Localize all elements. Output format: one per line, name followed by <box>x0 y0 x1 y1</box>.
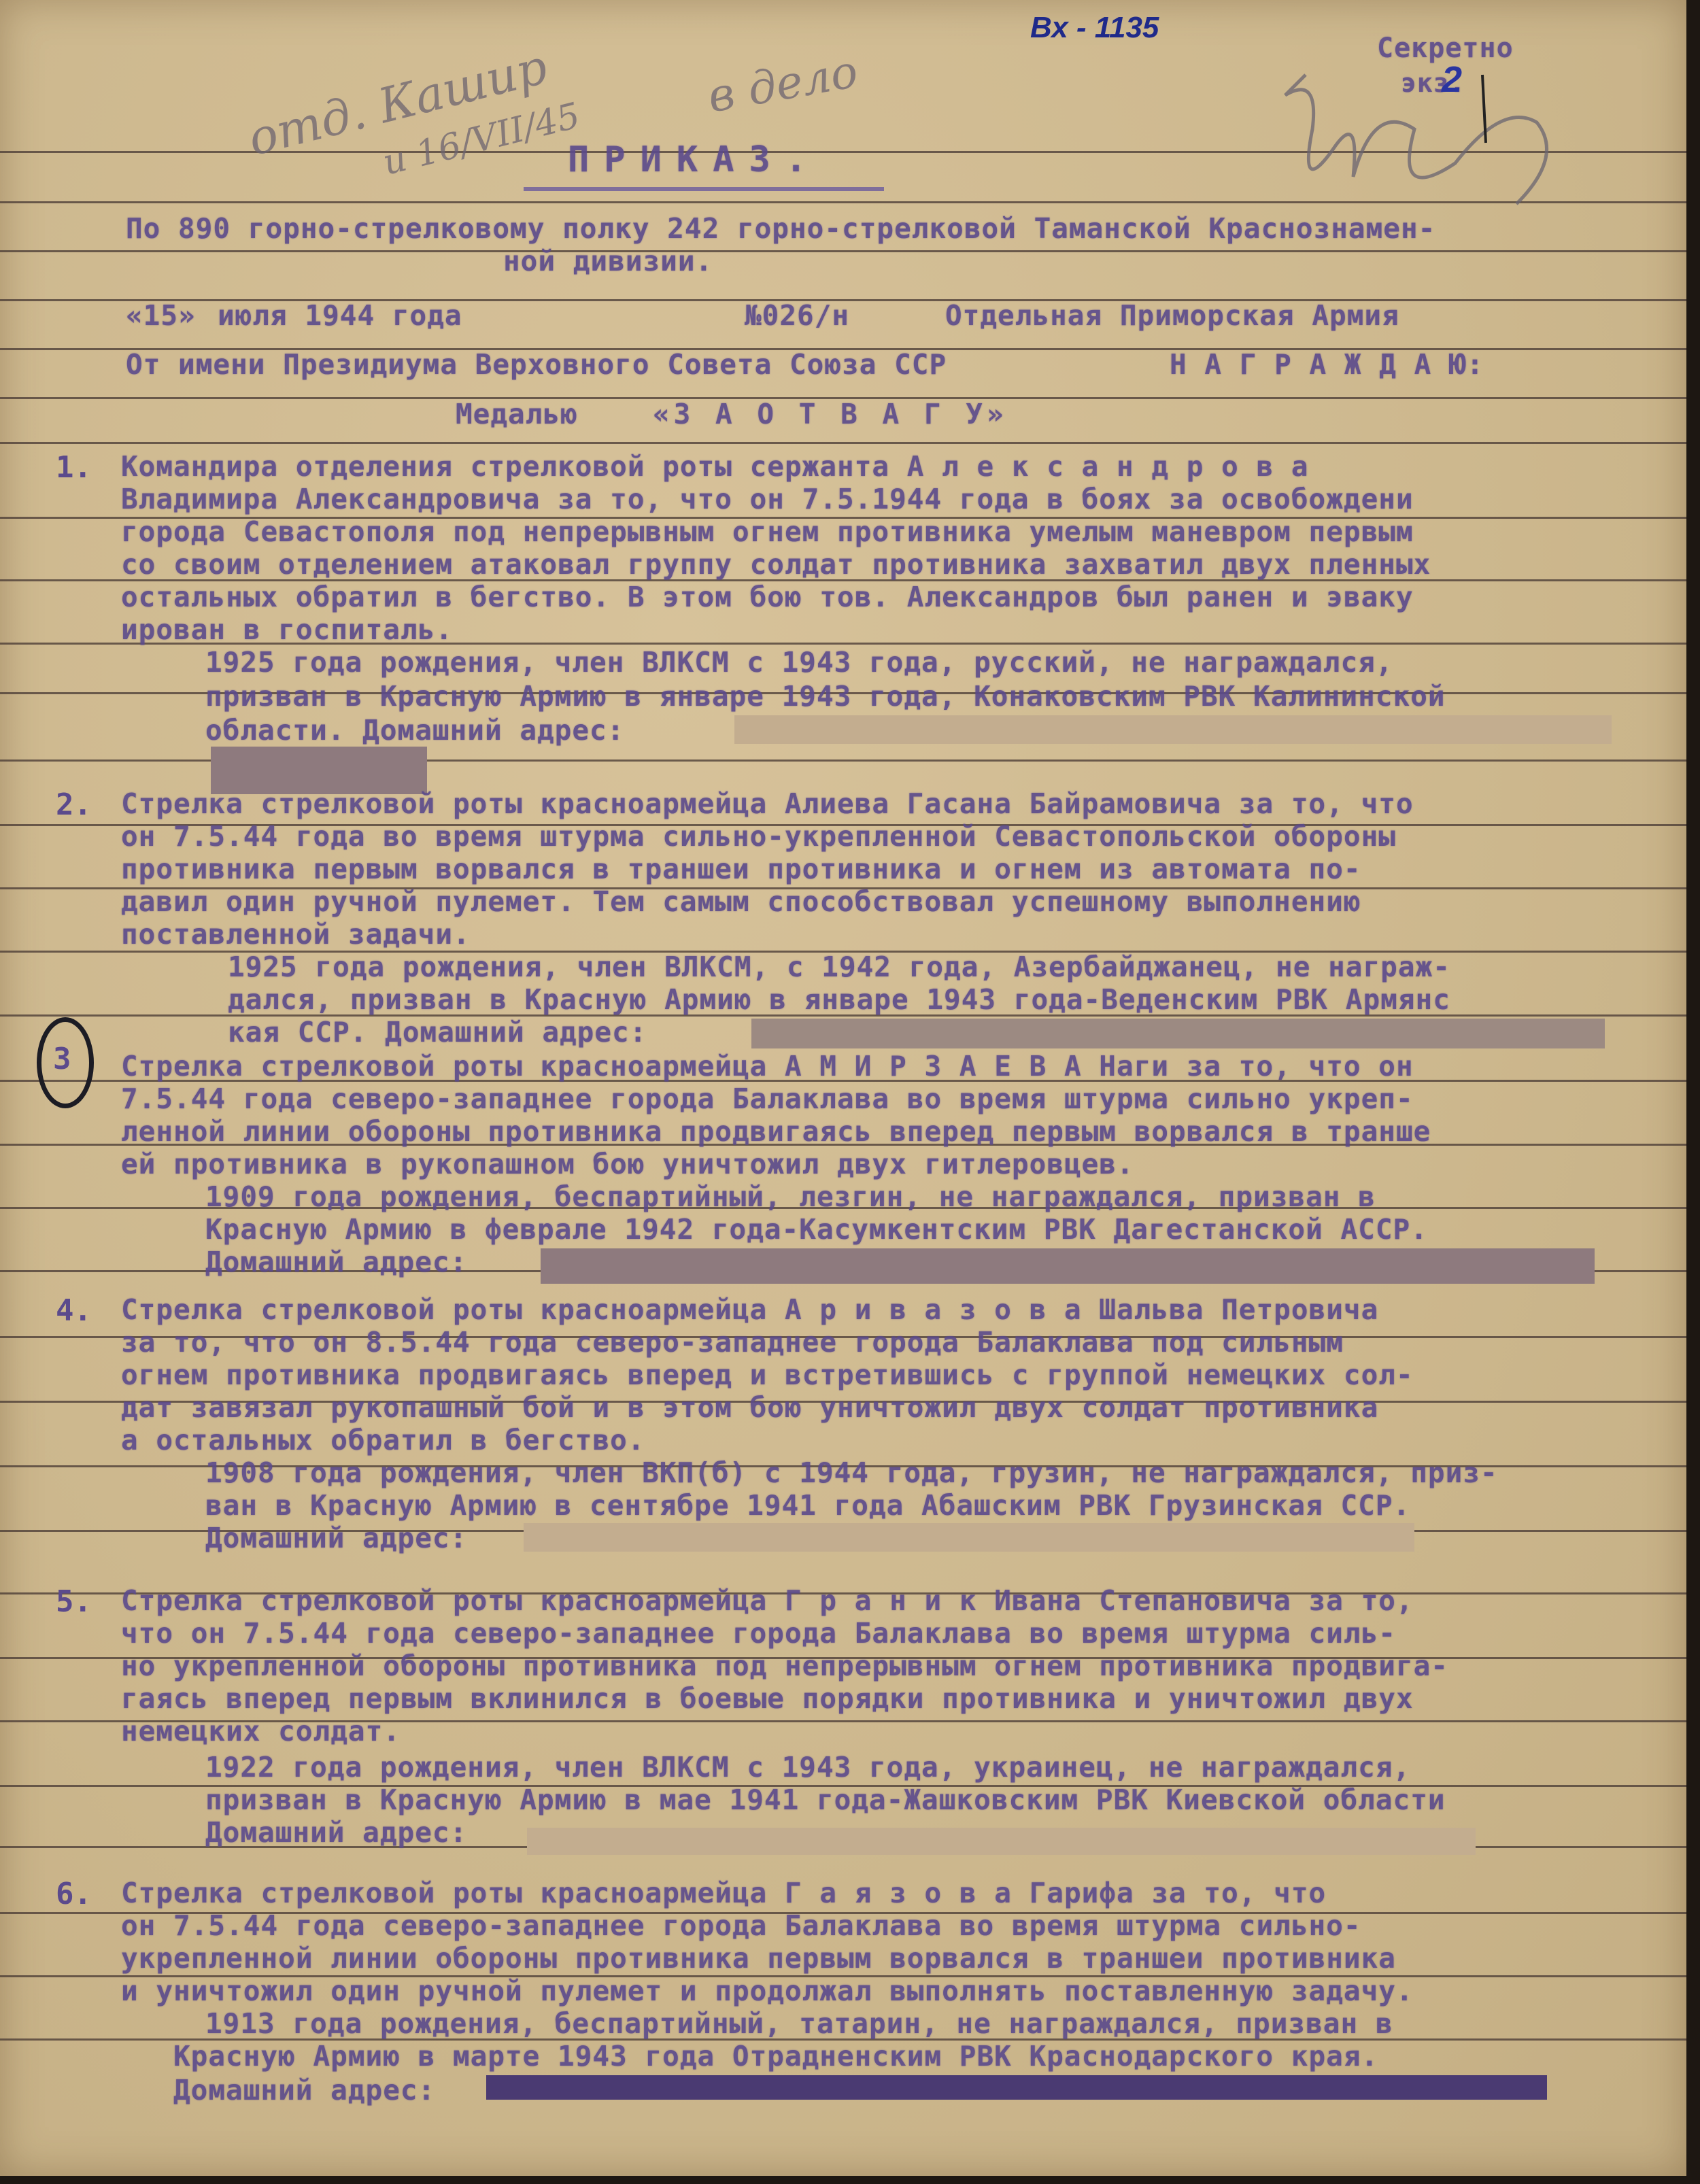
entry-text-line: гаясь вперед первым вклинился в боевые п… <box>121 1682 1414 1715</box>
entry-text-line: Командира отделения стрелковой роты серж… <box>121 450 1309 483</box>
entry-number: 3 <box>53 1042 71 1076</box>
bio-line: Красную Армию в феврале 1942 года-Касумк… <box>205 1213 1428 1246</box>
entry-text-line: за то, что он 8.5.44 года северо-западне… <box>121 1326 1344 1359</box>
entry-text-line: что он 7.5.44 года северо-западнее город… <box>121 1617 1396 1650</box>
entry-text-line: Стрелка стрелковой роты красноармейца Ал… <box>121 787 1414 820</box>
bio-line: призван в Красную Армию в мае 1941 года-… <box>205 1784 1446 1816</box>
document-title: ПРИКАЗ. <box>568 139 821 180</box>
entry-number: 1. <box>56 450 92 485</box>
bio-line: Красную Армию в марте 1943 года Отраднен… <box>173 2040 1378 2072</box>
bio-line: Домашний адрес: <box>205 1522 467 1554</box>
entry-number: 5. <box>56 1584 92 1619</box>
entry-text-line: ленной линии обороны противника продвига… <box>121 1115 1431 1148</box>
entry-number: 6. <box>56 1877 92 1911</box>
bio-line: области. Домашний адрес: <box>205 714 624 747</box>
entry-text-line: но укрепленной обороны противника под не… <box>121 1650 1448 1682</box>
entry-text-line: поставленной задачи. <box>121 918 471 951</box>
ruled-line <box>0 442 1686 444</box>
scan-edge <box>1686 0 1700 2184</box>
order-number: №026/н <box>745 299 849 332</box>
incoming-reference-number: Вх - 1135 <box>1030 11 1159 45</box>
army-name: Отдельная Приморская Армия <box>945 299 1399 332</box>
decree-line: От имени Президиума Верховного Совета Со… <box>126 348 947 381</box>
entry-text-line: со своим отделением атаковал группу солд… <box>121 548 1431 581</box>
title-underline <box>524 187 884 191</box>
bio-line: 1909 года рождения, беспартийный, лезгин… <box>205 1180 1376 1213</box>
handwritten-filing-note: в дело <box>704 45 862 122</box>
entry-text-line: немецких солдат. <box>121 1715 401 1747</box>
bio-line: призван в Красную Армию в январе 1943 го… <box>205 680 1446 713</box>
redacted-address <box>527 1828 1476 1855</box>
entry-text-line: давил один ручной пулемет. Тем самым спо… <box>121 885 1361 918</box>
medal-prefix: Медалью <box>456 398 578 430</box>
entry-text-line: противника первым ворвался в траншеи про… <box>121 853 1361 885</box>
entry-text-line: укрепленной линии обороны противника пер… <box>121 1942 1396 1975</box>
redacted-address <box>524 1523 1414 1552</box>
order-date: июля 1944 года <box>218 299 462 332</box>
scan-edge <box>0 2176 1700 2184</box>
entry-text-line: он 7.5.44 года северо-западнее города Ба… <box>121 1909 1361 1942</box>
entry-text-line: Владимира Александровича за то, что он 7… <box>121 483 1414 515</box>
bio-line: Домашний адрес: <box>205 1816 467 1849</box>
entry-text-line: ей противника в рукопашном бою уничтожил… <box>121 1148 1134 1180</box>
entry-text-line: Стрелка стрелковой роты красноармейца А … <box>121 1293 1378 1326</box>
order-date-day: «15» <box>126 299 196 332</box>
entry-text-line: Стрелка стрелковой роты красноармейца А … <box>121 1050 1414 1082</box>
entry-number: 2. <box>56 787 92 822</box>
entry-text-line: дат завязал рукопашный бой и в этом бою … <box>121 1391 1378 1424</box>
redacted-address <box>541 1248 1595 1284</box>
bio-line: 1913 года рождения, беспартийный, татари… <box>205 2007 1393 2040</box>
bio-line: дался, призван в Красную Армию в январе … <box>228 983 1450 1016</box>
entry-text-line: 7.5.44 года северо-западнее города Балак… <box>121 1082 1414 1115</box>
bio-line: Домашний адрес: <box>205 1246 467 1278</box>
entry-text-line: а остальных обратил в бегство. <box>121 1424 645 1456</box>
entry-text-line: Стрелка стрелковой роты красноармейца Г … <box>121 1877 1326 1909</box>
bio-line: Домашний адрес: <box>173 2074 435 2106</box>
unit-header-line1: По 890 горно-стрелковому полку 242 горно… <box>126 212 1435 245</box>
entry-text-line: остальных обратил в бегство. В этом бою … <box>121 581 1414 613</box>
medal-name: «З А О Т В А Г У» <box>653 398 1008 430</box>
bio-line: 1925 года рождения, член ВЛКСМ, с 1942 г… <box>228 951 1450 983</box>
document-page: Вх - 1135 Секретно экз. 2 отд. Кашир и 1… <box>0 0 1686 2176</box>
entry-text-line: и уничтожил один ручной пулемет и продол… <box>121 1975 1414 2007</box>
bio-line: ван в Красную Армию в сентябре 1941 года… <box>205 1489 1410 1522</box>
bio-line: 1908 года рождения, член ВКП(б) с 1944 г… <box>205 1456 1498 1489</box>
bio-line: 1922 года рождения, член ВЛКСМ с 1943 го… <box>205 1751 1410 1784</box>
entry-text-line: ирован в госпиталь. <box>121 613 453 646</box>
redacted-address <box>734 715 1612 744</box>
ruled-line <box>0 250 1686 252</box>
redacted-address <box>751 1019 1605 1048</box>
entry-text-line: он 7.5.44 года во время штурма сильно-ук… <box>121 820 1396 853</box>
signature-icon <box>1278 48 1659 224</box>
bio-line: 1925 года рождения, член ВЛКСМ с 1943 го… <box>205 646 1393 679</box>
redacted-address <box>486 2075 1547 2100</box>
entry-text-line: огнем противника продвигаясь вперед и вс… <box>121 1359 1414 1391</box>
entry-text-line: Стрелка стрелковой роты красноармейца Г … <box>121 1584 1414 1617</box>
bio-line: кая ССР. Домашний адрес: <box>228 1016 647 1048</box>
unit-header-line2: ной дивизии. <box>503 245 713 277</box>
entry-number: 4. <box>56 1293 92 1328</box>
entry-text-line: города Севастополя под непрерывным огнем… <box>121 515 1414 548</box>
decree-verb: Н А Г Р А Ж Д А Ю: <box>1170 348 1484 381</box>
